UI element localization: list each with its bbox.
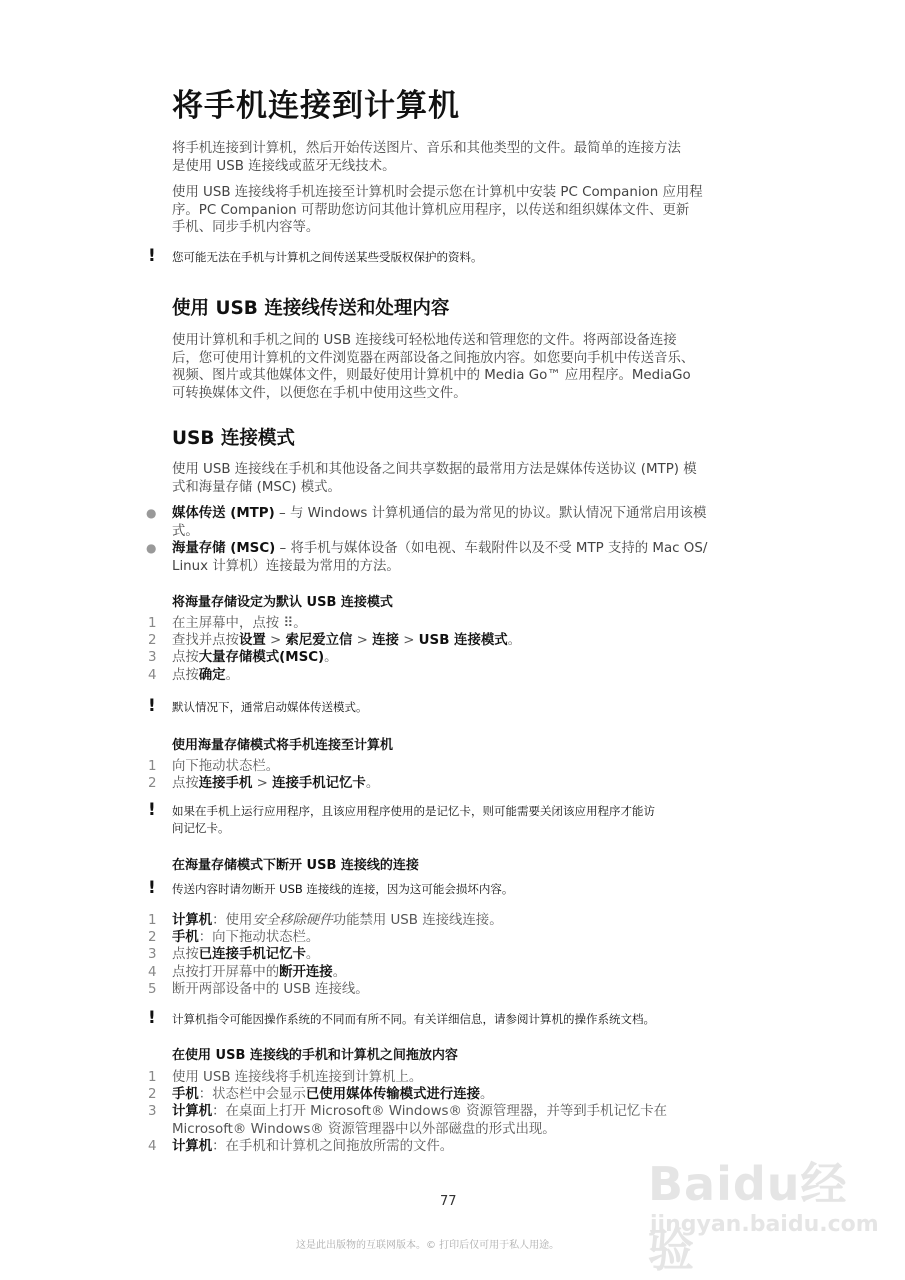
ui-term: 断开连接: [279, 965, 333, 980]
footer-notice: 这是此出版物的互联网版本。© 打印后仅可用于私人用途。: [296, 1236, 559, 1251]
description: – 与 Windows 计算机通信的最为常见的协议。默认情况下通常启用该模: [275, 506, 707, 521]
ui-term: 连接手机记忆卡: [272, 776, 366, 791]
text-line: 是使用 USB 连接线或蓝牙无线技术。: [172, 158, 762, 176]
step-number: 2: [148, 775, 157, 792]
step-text: ：向下拖动状态栏。: [199, 930, 320, 945]
term: 海量存储 (MSC): [172, 541, 275, 556]
step-item: 1 在主屏幕中，点按 ⠿。: [146, 615, 766, 632]
page-number: 77: [440, 1194, 457, 1209]
ui-term: 确定: [199, 668, 226, 683]
punct: 。: [226, 668, 239, 683]
step-text: 查找并点按: [172, 633, 239, 648]
text-line: 如果在手机上运行应用程序，且该应用程序使用的是记忆卡，则可能需要关闭该应用程序才…: [172, 803, 762, 820]
step-number: 4: [148, 1138, 157, 1155]
text-line: 将手机连接到计算机，然后开始传送图片、音乐和其他类型的文件。最简单的连接方法: [172, 140, 762, 158]
ui-term: 连接手机: [199, 776, 253, 791]
step-text: ：状态栏中会显示: [199, 1087, 306, 1102]
step-text: ：使用: [212, 913, 252, 928]
task-heading-connect-msc: 使用海量存储模式将手机连接至计算机: [172, 737, 393, 755]
step-number: 3: [148, 1103, 157, 1120]
step-number: 1: [148, 1069, 157, 1086]
step-number: 1: [148, 758, 157, 775]
usb-modes-paragraph: 使用 USB 连接线在手机和其他设备之间共享数据的最常用方法是媒体传送协议 (M…: [172, 461, 762, 496]
step-item: 4 点按确定。: [146, 667, 766, 684]
list-item-mtp: ● 媒体传送 (MTP) – 与 Windows 计算机通信的最为常见的协议。默…: [146, 505, 766, 540]
punct: 。: [333, 965, 346, 980]
task-heading-disconnect: 在海量存储模式下断开 USB 连接线的连接: [172, 857, 419, 875]
step-text: ：在手机和计算机之间拖放所需的文件。: [212, 1139, 453, 1154]
note-text: 计算机指令可能因操作系统的不同而有所不同。有关详细信息，请参阅计算机的操作系统文…: [172, 1011, 762, 1028]
step-number: 2: [148, 1086, 157, 1103]
step-number: 4: [148, 964, 157, 981]
actor-label: 计算机: [172, 1139, 212, 1154]
ui-term: 连接: [372, 633, 399, 648]
exclamation-icon: !: [148, 802, 158, 819]
punct: 。: [480, 1087, 493, 1102]
section-heading-usb-modes: USB 连接模式: [172, 426, 295, 452]
watermark-url: jingyan.baidu.com: [650, 1212, 879, 1237]
step-text: 点按打开屏幕中的: [172, 965, 279, 980]
actor-label: 计算机: [172, 913, 212, 928]
punct: 。: [293, 616, 306, 631]
document-page: 将手机连接到计算机 将手机连接到计算机，然后开始传送图片、音乐和其他类型的文件。…: [0, 0, 905, 1280]
step-item: 1 计算机：使用安全移除硬件功能禁用 USB 连接线连接。: [146, 912, 766, 929]
step-number: 5: [148, 981, 157, 998]
step-item: 2 点按连接手机 > 连接手机记忆卡。: [146, 775, 766, 792]
step-text: 点按: [172, 947, 199, 962]
punct: 。: [366, 776, 379, 791]
step-text-cont: Microsoft® Windows® 资源管理器中以外部磁盘的形式出现。: [172, 1121, 766, 1138]
bullet-icon: ●: [146, 540, 156, 558]
ui-term: 大量存储模式(MSC): [199, 650, 324, 665]
steps-disconnect: 1 计算机：使用安全移除硬件功能禁用 USB 连接线连接。 2 手机：向下拖动状…: [146, 912, 766, 998]
step-text: 向下拖动状态栏。: [172, 759, 279, 774]
step-text: 在主屏幕中，点按: [172, 616, 283, 631]
note-text: 您可能无法在手机与计算机之间传送某些受版权保护的资料。: [172, 249, 762, 266]
step-text: 断开两部设备中的 USB 连接线。: [172, 982, 369, 997]
usb-modes-list: ● 媒体传送 (MTP) – 与 Windows 计算机通信的最为常见的协议。默…: [146, 505, 766, 575]
note-text: 如果在手机上运行应用程序，且该应用程序使用的是记忆卡，则可能需要关闭该应用程序才…: [172, 803, 762, 837]
feature-name: 安全移除硬件: [252, 913, 332, 928]
step-text: 使用 USB 连接线将手机连接到计算机上。: [172, 1070, 422, 1085]
exclamation-icon: !: [148, 1010, 158, 1027]
step-item: 3 计算机：在桌面上打开 Microsoft® Windows® 资源管理器，并…: [146, 1103, 766, 1137]
baidu-watermark: Baidu经验 jingyan.baidu.com: [640, 1140, 880, 1250]
text-line: 序。PC Companion 可帮助您访问其他计算机应用程序，以传送和组织媒体文…: [172, 202, 762, 220]
step-text: ：在桌面上打开 Microsoft® Windows® 资源管理器，并等到手机记…: [212, 1104, 667, 1119]
ui-term: 已连接手机记忆卡: [199, 947, 306, 962]
note-text: 默认情况下，通常启动媒体传送模式。: [172, 699, 762, 716]
exclamation-icon: !: [148, 248, 158, 265]
steps-connect-msc: 1 向下拖动状态栏。 2 点按连接手机 > 连接手机记忆卡。: [146, 758, 766, 792]
usb-transfer-paragraph: 使用计算机和手机之间的 USB 连接线可轻松地传送和管理您的文件。将两部设备连接…: [172, 332, 762, 402]
separator: >: [399, 633, 419, 648]
steps-default-msc: 1 在主屏幕中，点按 ⠿。 2 查找并点按设置 > 索尼爱立信 > 连接 > U…: [146, 615, 766, 684]
step-item: 1 向下拖动状态栏。: [146, 758, 766, 775]
task-heading-default-msc: 将海量存储设定为默认 USB 连接模式: [172, 594, 393, 612]
punct: 。: [306, 947, 319, 962]
note-text: 传送内容时请勿断开 USB 连接线的连接，因为这可能会损坏内容。: [172, 881, 762, 898]
step-number: 3: [148, 649, 157, 666]
ui-term: 已使用媒体传输模式进行连接: [306, 1087, 480, 1102]
text-line: 视频、图片或其他媒体文件，则最好使用计算机中的 Media Go™ 应用程序。M…: [172, 367, 762, 385]
separator: >: [252, 776, 272, 791]
description: – 将手机与媒体设备（如电视、车载附件以及不受 MTP 支持的 Mac OS/: [275, 541, 707, 556]
bullet-icon: ●: [146, 505, 156, 523]
exclamation-icon: !: [148, 880, 158, 897]
separator: >: [266, 633, 286, 648]
intro-paragraph-1: 将手机连接到计算机，然后开始传送图片、音乐和其他类型的文件。最简单的连接方法 是…: [172, 140, 762, 175]
punct: 。: [508, 633, 521, 648]
apps-grid-icon: ⠿: [283, 616, 293, 631]
text-line: 式和海量存储 (MSC) 模式。: [172, 479, 762, 497]
page-title: 将手机连接到计算机: [172, 84, 460, 128]
step-text: 功能禁用 USB 连接线连接。: [333, 913, 503, 928]
ui-term: USB 连接模式: [419, 633, 508, 648]
text-line: 手机、同步手机内容等。: [172, 219, 762, 237]
step-number: 2: [148, 929, 157, 946]
description-cont: Linux 计算机）连接最为常用的方法。: [172, 558, 766, 576]
step-item: 1 使用 USB 连接线将手机连接到计算机上。: [146, 1069, 766, 1086]
step-text: 点按: [172, 776, 199, 791]
text-line: 使用 USB 连接线将手机连接至计算机时会提示您在计算机中安装 PC Compa…: [172, 184, 762, 202]
text-line: 可转换媒体文件，以便您在手机中使用这些文件。: [172, 385, 762, 403]
list-item-msc: ● 海量存储 (MSC) – 将手机与媒体设备（如电视、车载附件以及不受 MTP…: [146, 540, 766, 575]
step-item: 2 手机：状态栏中会显示已使用媒体传输模式进行连接。: [146, 1086, 766, 1103]
actor-label: 手机: [172, 1087, 199, 1102]
step-number: 1: [148, 615, 157, 632]
intro-paragraph-2: 使用 USB 连接线将手机连接至计算机时会提示您在计算机中安装 PC Compa…: [172, 184, 762, 237]
text-line: 使用计算机和手机之间的 USB 连接线可轻松地传送和管理您的文件。将两部设备连接: [172, 332, 762, 350]
step-item: 3 点按已连接手机记忆卡。: [146, 946, 766, 963]
step-item: 2 手机：向下拖动状态栏。: [146, 929, 766, 946]
step-number: 3: [148, 946, 157, 963]
text-line: 后，您可使用计算机的文件浏览器在两部设备之间拖放内容。如您要向手机中传送音乐、: [172, 350, 762, 368]
term: 媒体传送 (MTP): [172, 506, 275, 521]
description-cont: 式。: [172, 523, 766, 541]
punct: 。: [324, 650, 337, 665]
step-number: 2: [148, 632, 157, 649]
actor-label: 计算机: [172, 1104, 212, 1119]
step-text: 点按: [172, 650, 199, 665]
ui-term: 设置: [239, 633, 266, 648]
step-item: 2 查找并点按设置 > 索尼爱立信 > 连接 > USB 连接模式。: [146, 632, 766, 649]
step-text: 点按: [172, 668, 199, 683]
exclamation-icon: !: [148, 698, 158, 715]
step-number: 4: [148, 667, 157, 684]
actor-label: 手机: [172, 930, 199, 945]
step-item: 5 断开两部设备中的 USB 连接线。: [146, 981, 766, 998]
text-line: 使用 USB 连接线在手机和其他设备之间共享数据的最常用方法是媒体传送协议 (M…: [172, 461, 762, 479]
text-line: 问记忆卡。: [172, 820, 762, 837]
task-heading-drag-drop: 在使用 USB 连接线的手机和计算机之间拖放内容: [172, 1047, 458, 1065]
ui-term: 索尼爱立信: [285, 633, 352, 648]
step-number: 1: [148, 912, 157, 929]
separator: >: [352, 633, 372, 648]
section-heading-usb-transfer: 使用 USB 连接线传送和处理内容: [172, 296, 449, 322]
step-item: 3 点按大量存储模式(MSC)。: [146, 649, 766, 666]
step-item: 4 点按打开屏幕中的断开连接。: [146, 964, 766, 981]
